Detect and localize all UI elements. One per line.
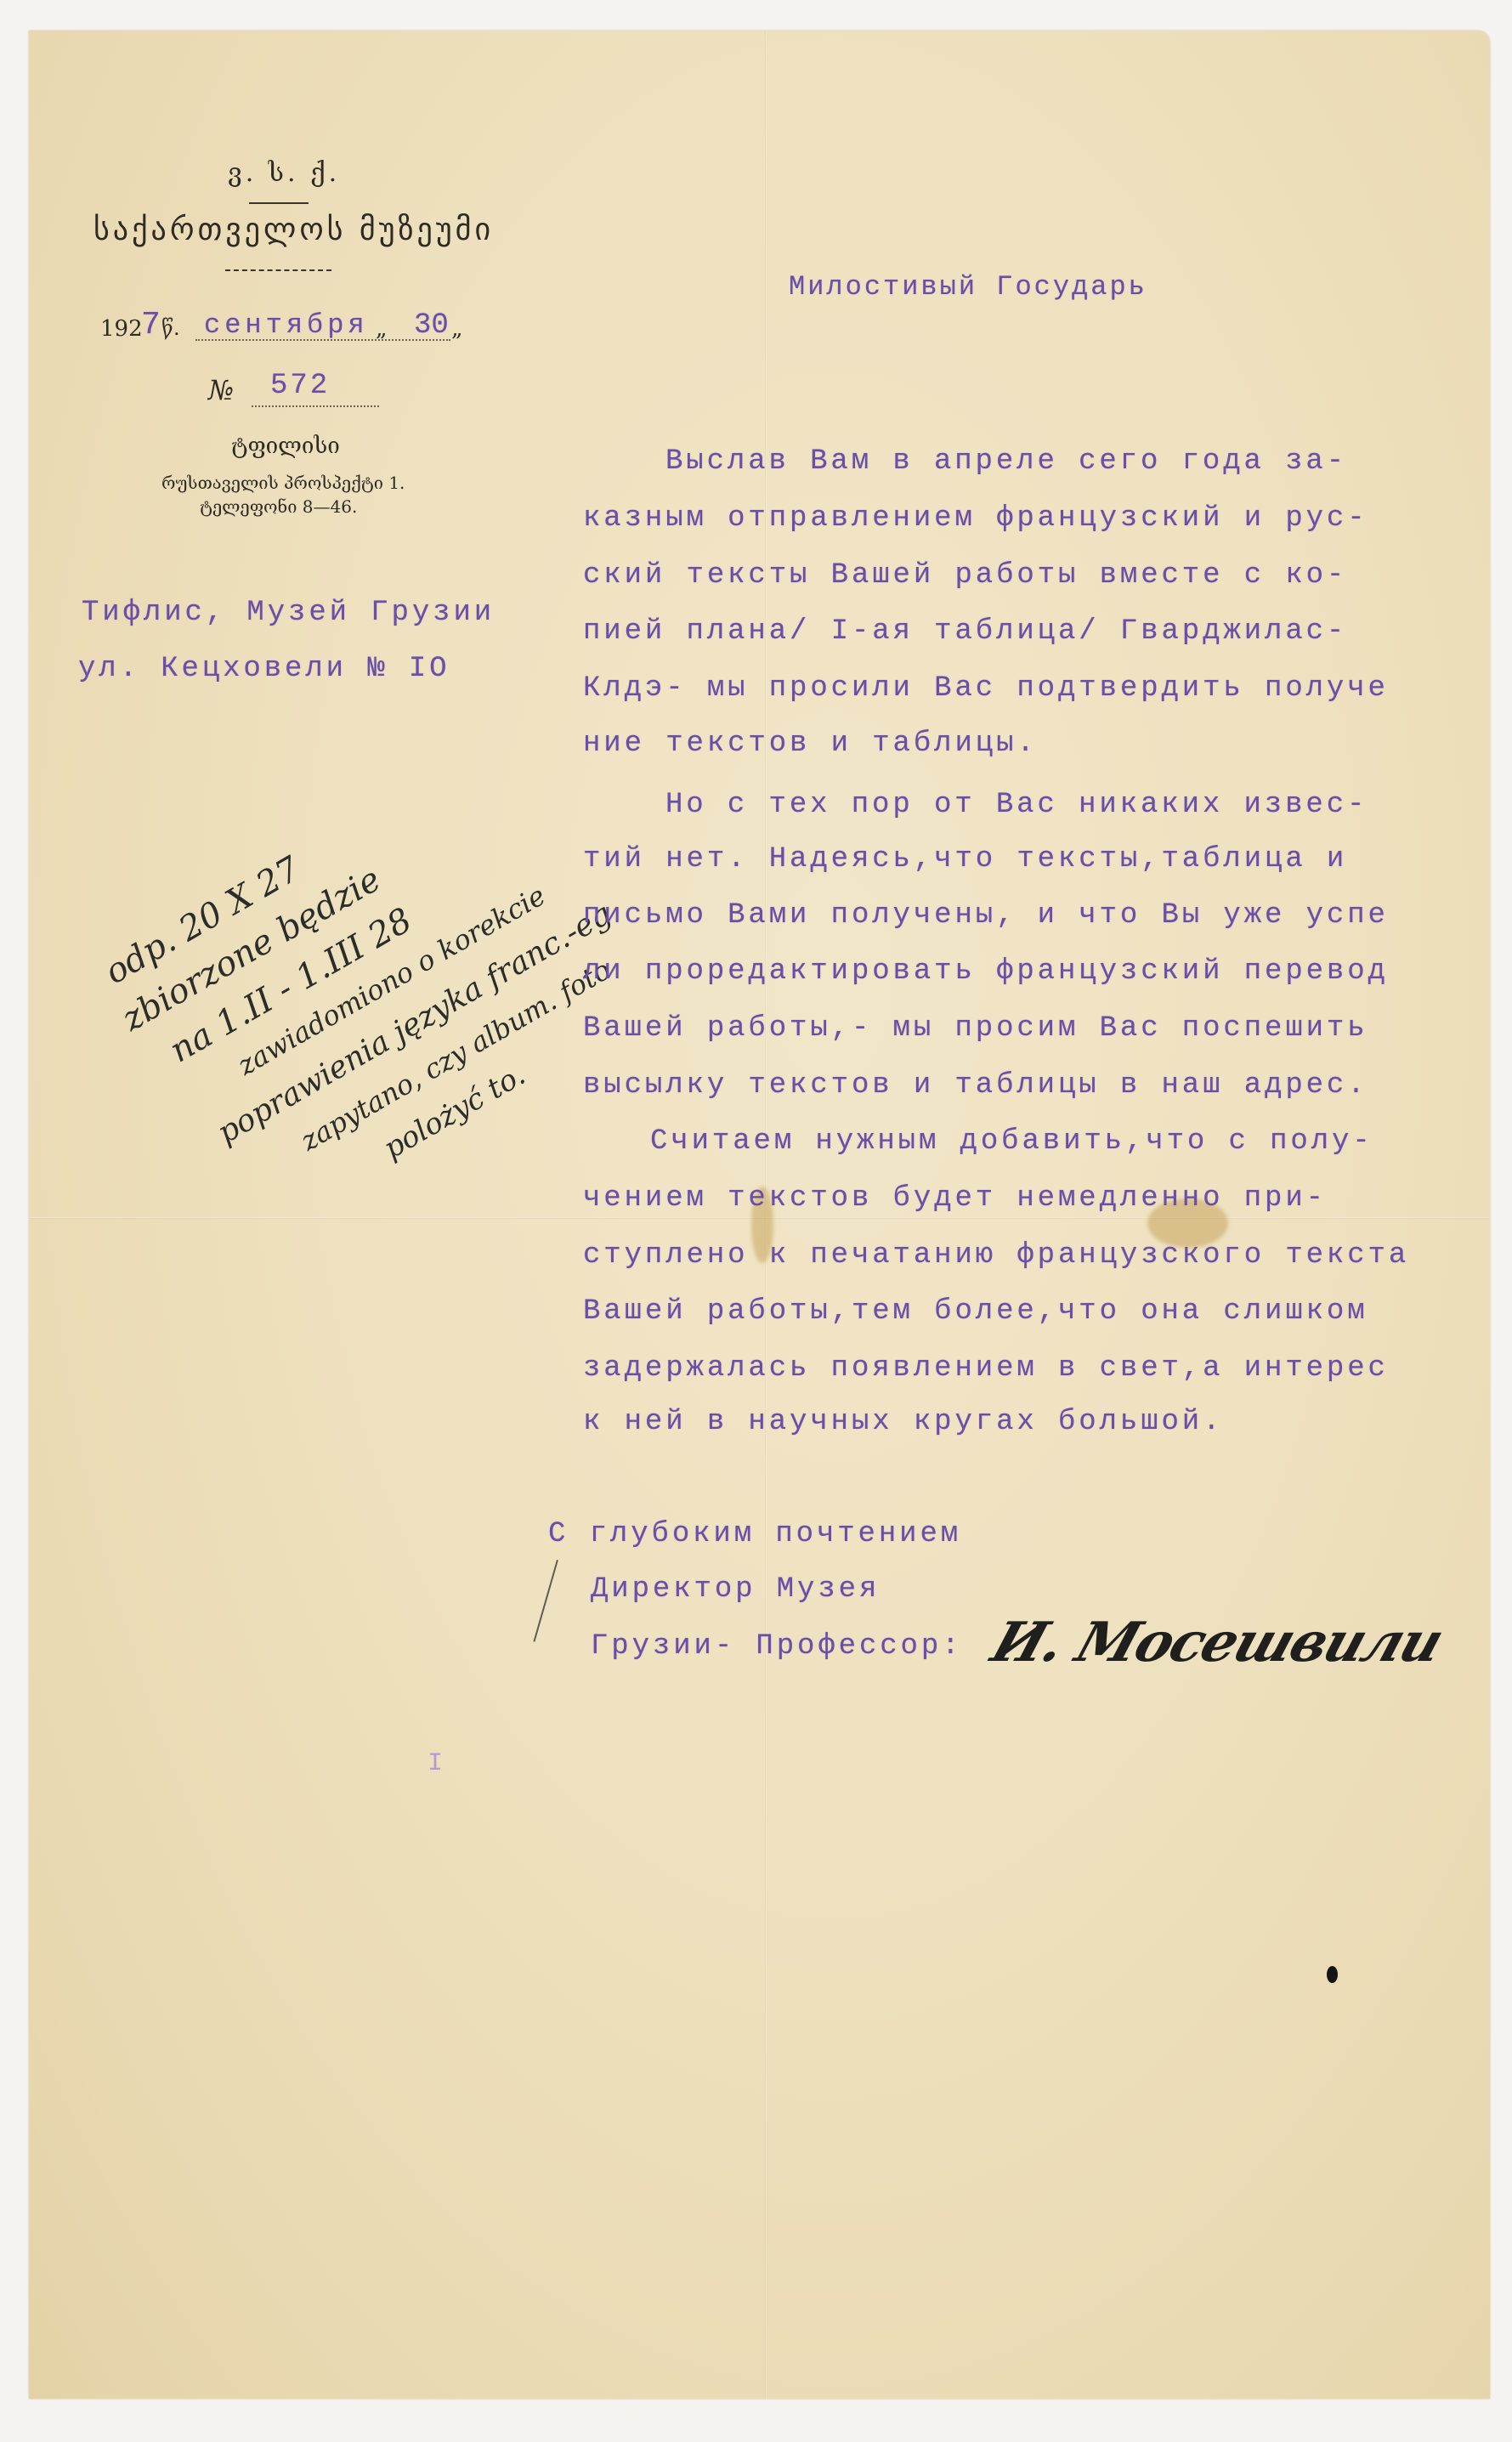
letterhead-city: ტფილისი xyxy=(231,433,340,459)
body-line: казным отправлением французский и рус- xyxy=(583,504,1368,533)
body-line: Вашей работы,- мы просим Вас поспешить xyxy=(583,1014,1368,1043)
letterhead-institution: საქართველოს მუზეუმი xyxy=(93,212,494,247)
document-number: 572 xyxy=(270,371,330,400)
signer-title-line2: Грузии- Профессор: xyxy=(591,1632,962,1661)
body-line: высылку текстов и таблицы в наш адрес. xyxy=(583,1071,1368,1100)
body-line: к ней в научных кругах большой. xyxy=(583,1408,1223,1436)
body-line: Но с тех пор от Вас никаких извес- xyxy=(665,790,1368,819)
body-line: письмо Вами получены, и что Вы уже успе xyxy=(583,901,1389,930)
body-line: пией плана/ I-ая таблица/ Гварджилас- xyxy=(583,617,1347,646)
letterhead-phone: ტელეფონი 8—46. xyxy=(200,496,357,517)
body-line: Клдэ- мы просили Вас подтвердить получе xyxy=(583,674,1389,703)
date-year-suffix: წ. xyxy=(161,316,180,340)
return-address-line1: Тифлис, Музей Грузии xyxy=(82,598,495,627)
signer-title-line1: Директор Музея xyxy=(591,1575,880,1604)
letterhead-abbr: ვ. ს. ქ. xyxy=(228,158,340,188)
signature: И. Мосешвили xyxy=(984,1611,1450,1674)
ink-dot xyxy=(1327,1966,1338,1983)
date-month: сентября xyxy=(204,312,369,339)
body-line: чением текстов будет немедленно при- xyxy=(583,1184,1327,1213)
date-year-prefix: 192 xyxy=(100,316,143,342)
body-line: ский тексты Вашей работы вместе с ко- xyxy=(583,561,1347,590)
letterhead-divider xyxy=(249,202,309,204)
body-line: ли проредактировать французский перевод xyxy=(583,957,1389,986)
date-quote-close: „ xyxy=(451,316,462,342)
return-address-line2: ул. Кецховели № IO xyxy=(78,654,450,683)
body-line: Выслав Вам в апреле сего года за- xyxy=(665,447,1347,476)
letterhead-address: რუსთაველის პროსპექტი 1. xyxy=(161,473,405,493)
body-line: ние текстов и таблицы. xyxy=(583,729,1038,758)
body-line: Считаем нужным добавить,что с полу- xyxy=(650,1127,1373,1156)
body-line: задержалась появлением в свет,а интерес xyxy=(583,1354,1389,1383)
number-sign: № xyxy=(208,374,234,406)
date-day: 30 xyxy=(414,311,449,340)
letterhead-ornament xyxy=(225,269,331,271)
body-line: ступлено к печатанию французского текста xyxy=(583,1241,1409,1270)
number-dotted-line xyxy=(252,405,379,407)
date-year-digit: 7 xyxy=(141,309,161,342)
body-line: Вашей работы,тем более,что она слишком xyxy=(583,1297,1368,1326)
salutation: Милостивый Государь xyxy=(789,274,1147,301)
date-quote-open: „ xyxy=(376,316,387,342)
roman-numeral-mark: I xyxy=(428,1749,443,1778)
closing: С глубоким почтением xyxy=(548,1520,961,1549)
body-line: тий нет. Надеясь,что тексты,таблица и xyxy=(583,845,1347,874)
